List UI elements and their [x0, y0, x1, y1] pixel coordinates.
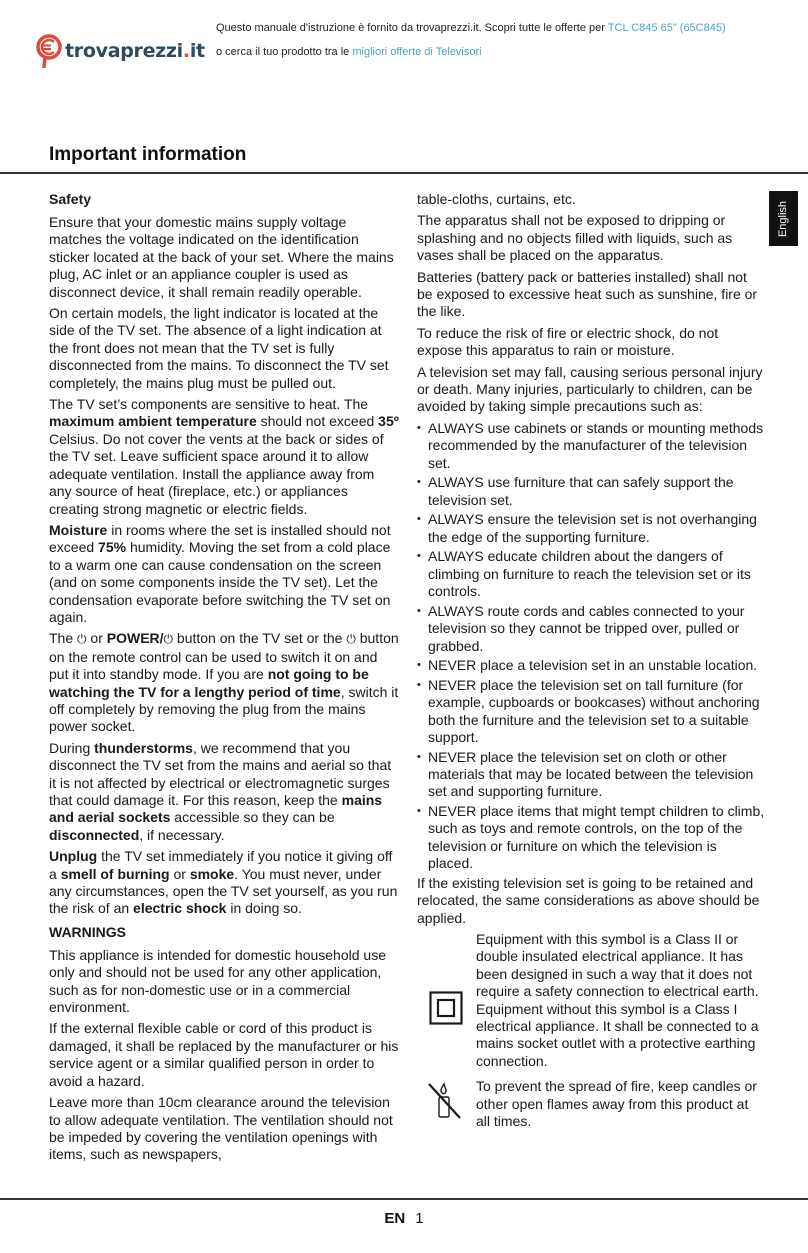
- power-icon: ⏻: [164, 631, 174, 648]
- right-column: table-cloths, curtains, etc. The apparat…: [417, 191, 765, 1130]
- candle-text: To prevent the spread of fire, keep cand…: [476, 1078, 765, 1130]
- list-item: ALWAYS educate children about the danger…: [417, 548, 765, 600]
- class-ii-double-insulation-icon: [429, 991, 463, 1025]
- safety-bullet-list: ALWAYS use cabinets or stands or mountin…: [417, 420, 765, 873]
- paragraph-continued: table-cloths, curtains, etc.: [417, 191, 765, 208]
- paragraph-light-indicator: On certain models, the light indicator i…: [49, 305, 399, 392]
- paragraph-clearance: Leave more than 10cm clearance around th…: [49, 1094, 399, 1164]
- footer-divider: [0, 1198, 808, 1200]
- page-number: 1: [415, 1210, 423, 1227]
- list-item: ALWAYS use furniture that can safely sup…: [417, 474, 765, 509]
- list-item: ALWAYS ensure the television set is not …: [417, 511, 765, 546]
- list-item: ALWAYS use cabinets or stands or mountin…: [417, 420, 765, 472]
- title-divider: [0, 172, 808, 174]
- paragraph-tipping: A television set may fall, causing serio…: [417, 364, 765, 416]
- power-icon: ⏻: [346, 631, 356, 648]
- footer-language: EN: [384, 1210, 405, 1227]
- list-item: NEVER place a television set in an unsta…: [417, 657, 765, 674]
- list-item: NEVER place items that might tempt child…: [417, 803, 765, 873]
- paragraph-moisture: Moisture in rooms where the set is insta…: [49, 522, 399, 626]
- warnings-heading: WARNINGS: [49, 924, 399, 941]
- left-column: Safety Ensure that your domestic mains s…: [49, 191, 399, 1168]
- banner-line-2: o cerca il tuo prodotto tra le migliori …: [216, 46, 482, 58]
- list-item: ALWAYS route cords and cables connected …: [417, 603, 765, 655]
- candle-notice: To prevent the spread of fire, keep cand…: [417, 1078, 765, 1130]
- class-i-text: Equipment without this symbol is a Class…: [476, 1001, 765, 1071]
- class-ii-notice: Equipment with this symbol is a Class II…: [417, 931, 765, 1070]
- list-item: NEVER place the television set on tall f…: [417, 677, 765, 747]
- language-tab: English: [769, 191, 798, 246]
- class-ii-text: Equipment with this symbol is a Class II…: [476, 931, 765, 1001]
- paragraph-batteries: Batteries (battery pack or batteries ins…: [417, 269, 765, 321]
- product-offers-link[interactable]: TCL C845 65" (65C845): [608, 22, 726, 34]
- paragraph-voltage: Ensure that your domestic mains supply v…: [49, 214, 399, 301]
- paragraph-power: The ⏻ or POWER/⏻ button on the TV set or…: [49, 630, 399, 735]
- paragraph-unplug: Unplug the TV set immediately if you not…: [49, 848, 399, 918]
- banner-line-1: Questo manuale d'istruzione è fornito da…: [216, 22, 726, 34]
- page-title: Important information: [49, 144, 246, 166]
- paragraph-cable: If the external flexible cable or cord o…: [49, 1020, 399, 1090]
- page-footer: EN1: [0, 1210, 808, 1227]
- paragraph-rain: To reduce the risk of fire or electric s…: [417, 325, 765, 360]
- trovaprezzi-banner: trovaprezzi.it Questo manuale d'istruzio…: [0, 0, 808, 80]
- safety-heading: Safety: [49, 191, 399, 208]
- paragraph-domestic-use: This appliance is intended for domestic …: [49, 947, 399, 1017]
- list-item: NEVER place the television set on cloth …: [417, 749, 765, 801]
- trovaprezzi-logo[interactable]: trovaprezzi.it: [36, 34, 205, 68]
- paragraph-thunderstorms: During thunderstorms, we recommend that …: [49, 740, 399, 844]
- paragraph-dripping: The apparatus shall not be exposed to dr…: [417, 212, 765, 264]
- paragraph-relocation: If the existing television set is going …: [417, 875, 765, 927]
- no-candles-icon: [427, 1080, 463, 1120]
- power-icon: ⏻: [77, 631, 87, 648]
- euro-magnifier-icon: [36, 34, 62, 68]
- best-tv-offers-link[interactable]: migliori offerte di Televisori: [352, 46, 481, 58]
- paragraph-heat: The TV set’s components are sensitive to…: [49, 396, 399, 518]
- logo-wordmark: trovaprezzi.it: [65, 40, 205, 62]
